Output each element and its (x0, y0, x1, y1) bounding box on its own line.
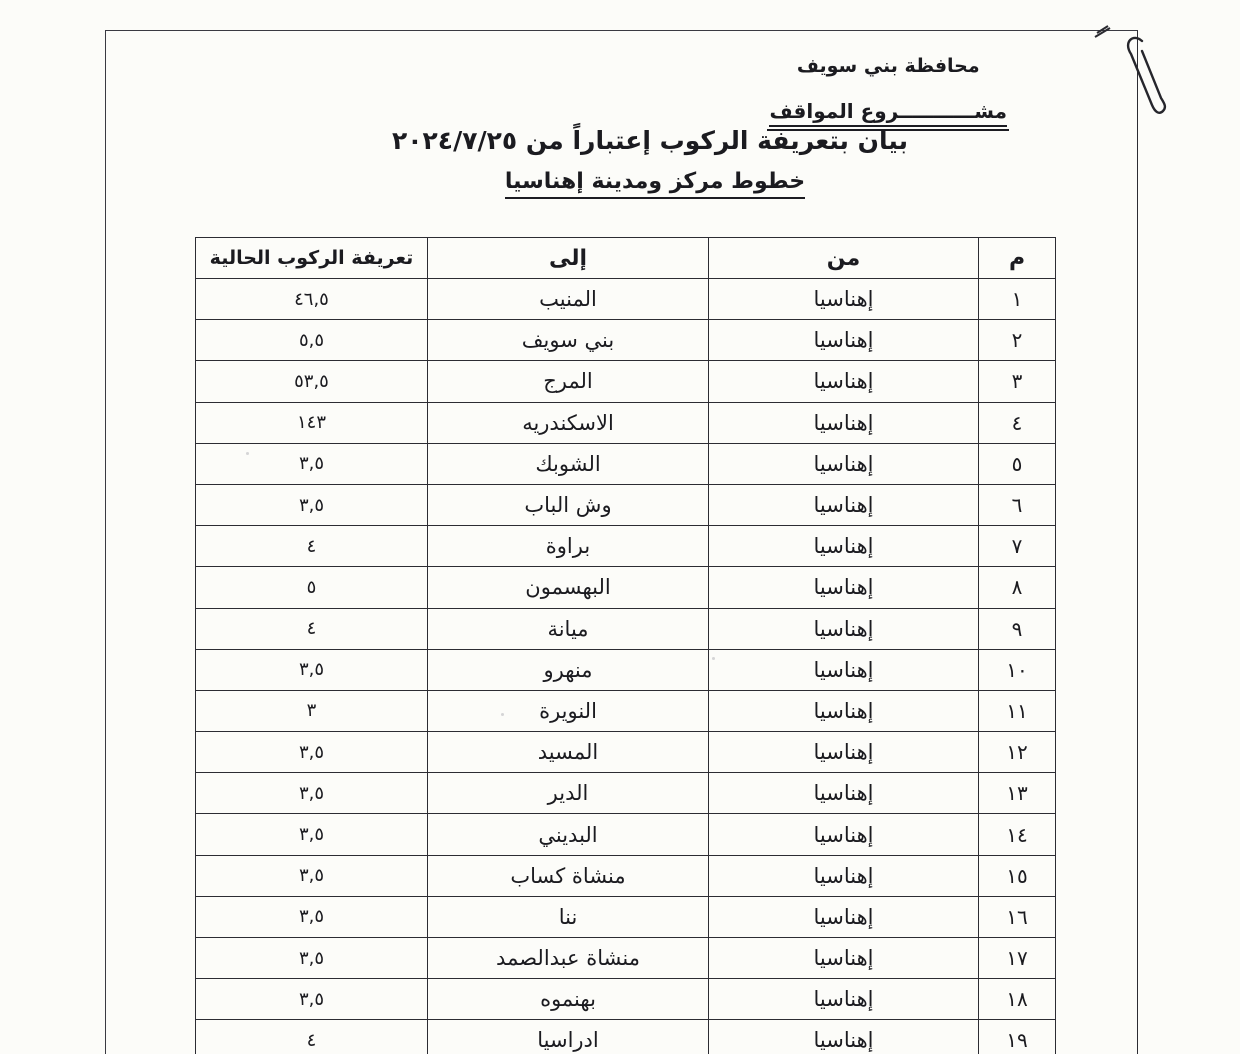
cell-row-number: ١٤ (979, 814, 1056, 855)
cell-to: بهنموه (428, 979, 709, 1020)
table-row: ١٨إهناسيابهنموه٣,٥ (196, 979, 1056, 1020)
cell-from: إهناسيا (709, 608, 979, 649)
table-header-row: م من إلى تعريفة الركوب الحالية (196, 238, 1056, 279)
cell-row-number: ٤ (979, 402, 1056, 443)
cell-fare: ٣ (196, 690, 428, 731)
scanned-document-page: محافظة بني سويف مشـــــــــــروع المواقف… (0, 0, 1240, 1054)
table-row: ١٤إهناسياالبديني٣,٥ (196, 814, 1056, 855)
project-name: مشـــــــــــروع المواقف (769, 99, 1007, 127)
cell-from: إهناسيا (709, 896, 979, 937)
document-subtitle: خطوط مركز ومدينة إهناسيا (485, 169, 825, 199)
cell-to: بني سويف (428, 320, 709, 361)
cell-fare: ١٤٣ (196, 402, 428, 443)
cell-from: إهناسيا (709, 279, 979, 320)
cell-fare: ٣,٥ (196, 484, 428, 525)
scan-speck (246, 452, 249, 455)
cell-from: إهناسيا (709, 526, 979, 567)
governorate-name: محافظة بني سويف (769, 55, 1007, 77)
cell-to: ننا (428, 896, 709, 937)
cell-to: المنيب (428, 279, 709, 320)
cell-from: إهناسيا (709, 690, 979, 731)
cell-fare: ٣,٥ (196, 979, 428, 1020)
cell-from: إهناسيا (709, 361, 979, 402)
cell-row-number: ١٠ (979, 649, 1056, 690)
column-header-to: إلى (428, 238, 709, 279)
table-row: ٨إهناسياالبهسمون٥ (196, 567, 1056, 608)
column-header-from: من (709, 238, 979, 279)
cell-fare: ٣,٥ (196, 732, 428, 773)
cell-to: منشاة عبدالصمد (428, 938, 709, 979)
cell-from: إهناسيا (709, 1020, 979, 1054)
cell-row-number: ١٦ (979, 896, 1056, 937)
cell-row-number: ١٩ (979, 1020, 1056, 1054)
cell-row-number: ١ (979, 279, 1056, 320)
cell-fare: ٣,٥ (196, 938, 428, 979)
cell-from: إهناسيا (709, 938, 979, 979)
cell-row-number: ١٥ (979, 855, 1056, 896)
cell-row-number: ١٢ (979, 732, 1056, 773)
cell-to: الاسكندريه (428, 402, 709, 443)
cell-to: البديني (428, 814, 709, 855)
cell-from: إهناسيا (709, 773, 979, 814)
cell-to: وش الباب (428, 484, 709, 525)
document-subtitle-text: خطوط مركز ومدينة إهناسيا (505, 169, 805, 199)
cell-from: إهناسيا (709, 402, 979, 443)
cell-fare: ٣,٥ (196, 896, 428, 937)
table-row: ١٩إهناسياادراسيا٤ (196, 1020, 1056, 1054)
cell-to: المسيد (428, 732, 709, 773)
table-row: ١٦إهناسياننا٣,٥ (196, 896, 1056, 937)
scan-speck (712, 657, 715, 660)
cell-fare: ٤٦,٥ (196, 279, 428, 320)
table-row: ١٥إهناسيامنشاة كساب٣,٥ (196, 855, 1056, 896)
cell-fare: ٤ (196, 1020, 428, 1054)
cell-to: منشاة كساب (428, 855, 709, 896)
fare-table: م من إلى تعريفة الركوب الحالية ١إهناسياا… (195, 237, 1056, 1054)
cell-fare: ٥٣,٥ (196, 361, 428, 402)
cell-to: النويرة (428, 690, 709, 731)
cell-fare: ٤ (196, 526, 428, 567)
cell-from: إهناسيا (709, 649, 979, 690)
table-row: ٥إهناسياالشوبك٣,٥ (196, 443, 1056, 484)
cell-row-number: ٧ (979, 526, 1056, 567)
cell-row-number: ٢ (979, 320, 1056, 361)
table-row: ٧إهناسيابراوة٤ (196, 526, 1056, 567)
cell-fare: ٤ (196, 608, 428, 649)
table-row: ١٣إهناسياالدير٣,٥ (196, 773, 1056, 814)
cell-to: الدير (428, 773, 709, 814)
cell-row-number: ١٣ (979, 773, 1056, 814)
table-row: ١٧إهناسيامنشاة عبدالصمد٣,٥ (196, 938, 1056, 979)
cell-fare: ٥,٥ (196, 320, 428, 361)
column-header-number: م (979, 238, 1056, 279)
cell-row-number: ٥ (979, 443, 1056, 484)
cell-row-number: ٨ (979, 567, 1056, 608)
cell-from: إهناسيا (709, 814, 979, 855)
letterhead: محافظة بني سويف مشـــــــــــروع المواقف (769, 55, 1007, 127)
cell-from: إهناسيا (709, 855, 979, 896)
cell-to: براوة (428, 526, 709, 567)
table-row: ٣إهناسياالمرج٥٣,٥ (196, 361, 1056, 402)
document-title: بيان بتعريفة الركوب إعتباراً من ٢٠٢٤/٧/٢… (385, 126, 915, 155)
cell-to: الشوبك (428, 443, 709, 484)
cell-from: إهناسيا (709, 443, 979, 484)
cell-fare: ٣,٥ (196, 443, 428, 484)
table-row: ١٢إهناسياالمسيد٣,٥ (196, 732, 1056, 773)
cell-from: إهناسيا (709, 320, 979, 361)
table-row: ١١إهناسياالنويرة٣ (196, 690, 1056, 731)
cell-from: إهناسيا (709, 484, 979, 525)
scan-speck (501, 713, 504, 716)
cell-row-number: ٦ (979, 484, 1056, 525)
table-row: ٢إهناسيابني سويف٥,٥ (196, 320, 1056, 361)
cell-row-number: ٩ (979, 608, 1056, 649)
table-row: ١٠إهناسيامنهرو٣,٥ (196, 649, 1056, 690)
cell-row-number: ١٧ (979, 938, 1056, 979)
cell-to: البهسمون (428, 567, 709, 608)
cell-from: إهناسيا (709, 567, 979, 608)
column-header-fare: تعريفة الركوب الحالية (196, 238, 428, 279)
cell-fare: ٣,٥ (196, 773, 428, 814)
cell-from: إهناسيا (709, 732, 979, 773)
cell-row-number: ١١ (979, 690, 1056, 731)
cell-to: المرج (428, 361, 709, 402)
cell-fare: ٥ (196, 567, 428, 608)
table-row: ٤إهناسياالاسكندريه١٤٣ (196, 402, 1056, 443)
cell-fare: ٣,٥ (196, 855, 428, 896)
cell-to: ميانة (428, 608, 709, 649)
cell-row-number: ٣ (979, 361, 1056, 402)
pen-scribble-mark (1085, 10, 1195, 130)
fare-table-body: ١إهناسياالمنيب٤٦,٥٢إهناسيابني سويف٥,٥٣إه… (196, 279, 1056, 1054)
cell-from: إهناسيا (709, 979, 979, 1020)
cell-fare: ٣,٥ (196, 649, 428, 690)
table-row: ٦إهناسياوش الباب٣,٥ (196, 484, 1056, 525)
cell-fare: ٣,٥ (196, 814, 428, 855)
cell-to: ادراسيا (428, 1020, 709, 1054)
table-row: ١إهناسياالمنيب٤٦,٥ (196, 279, 1056, 320)
cell-to: منهرو (428, 649, 709, 690)
cell-row-number: ١٨ (979, 979, 1056, 1020)
table-row: ٩إهناسياميانة٤ (196, 608, 1056, 649)
